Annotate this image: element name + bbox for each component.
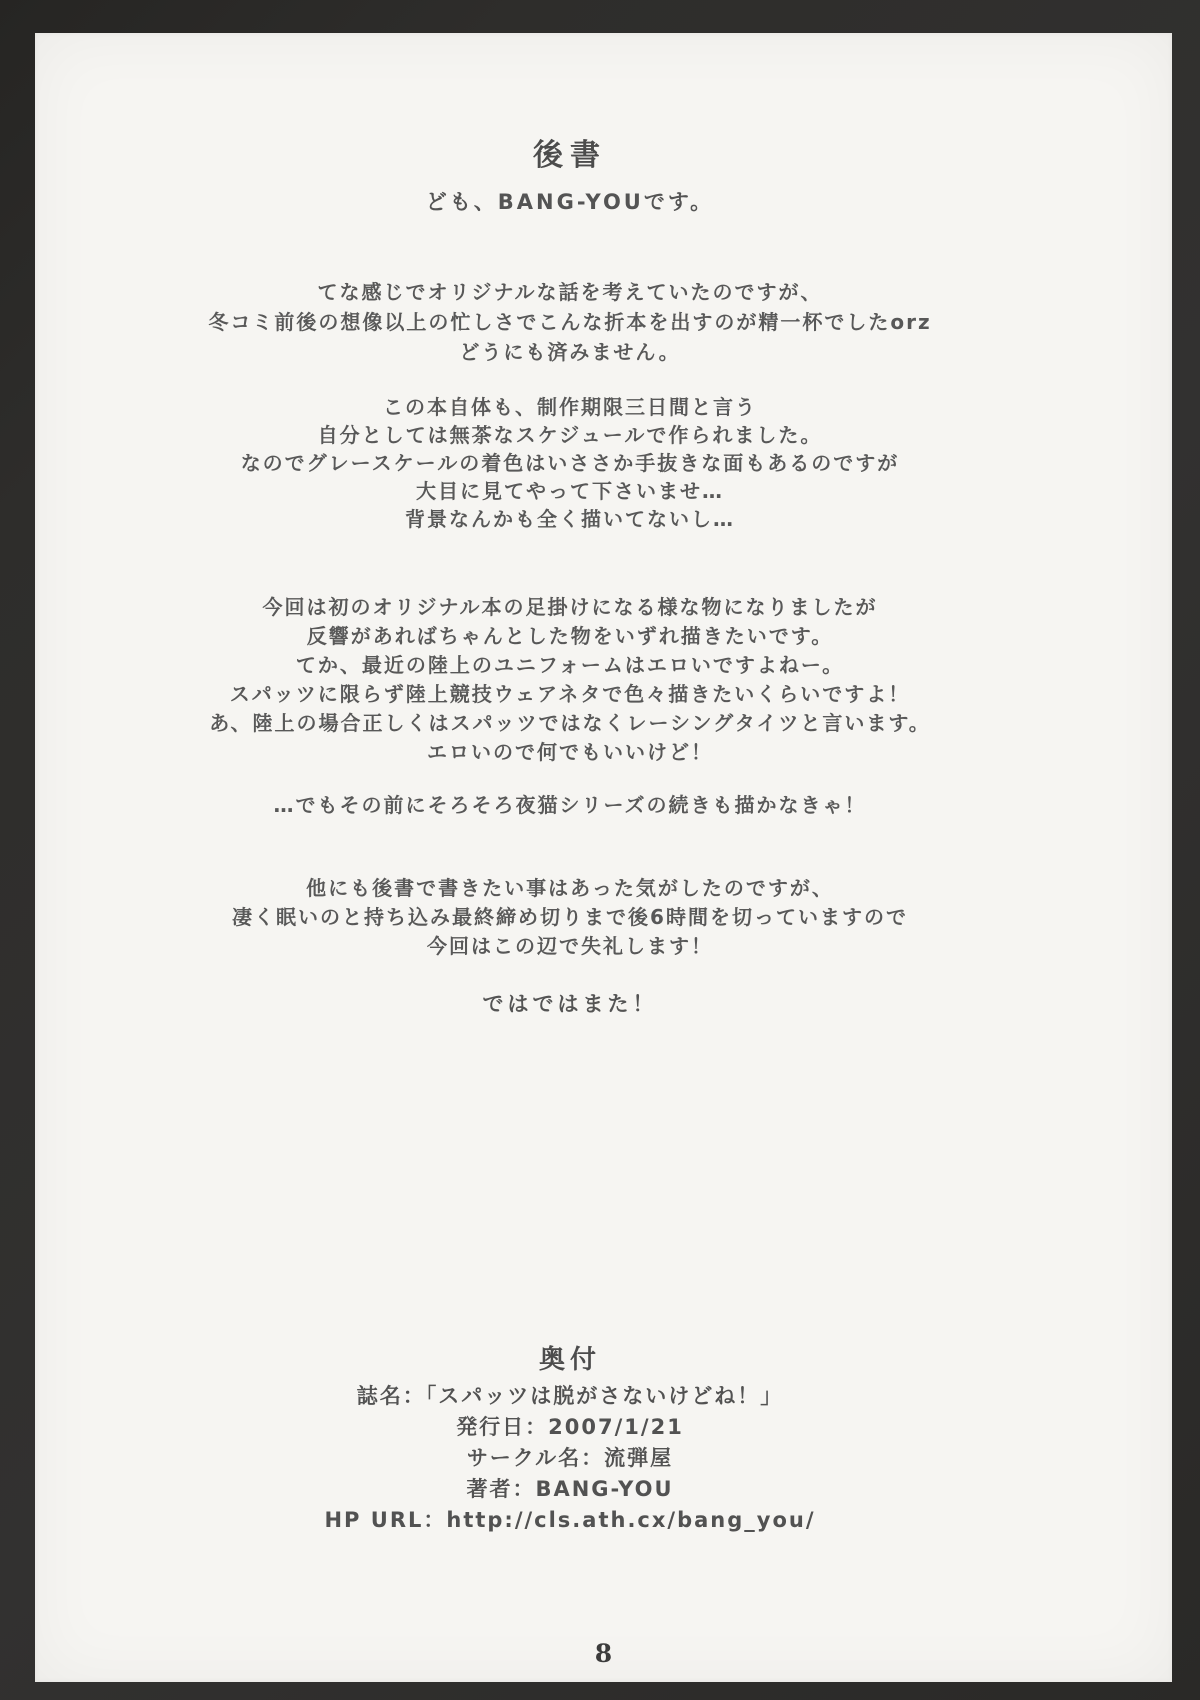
page-title: 後書 [35,130,1105,174]
text-line: 今回はこの辺で失礼します！ [35,932,1105,961]
page-content: 後書 ども、BANG-YOUです。 てな感じでオリジナルな話を考えていたのですが… [35,33,1105,1682]
colophon-title: 奥付 [35,1339,1105,1376]
closing-line: ではではまた！ [35,988,1105,1018]
colophon-line-date: 発行日：2007/1/21 [35,1412,1105,1443]
text-line: エロいので何でもいいけど！ [35,738,1105,767]
text-line: 背景なんかも全く描いてないし… [35,505,1105,533]
text-line: 今回は初のオリジナル本の足掛けになる様な物になりましたが [35,593,1105,622]
colophon-line-circle: サークル名：流弾屋 [35,1443,1105,1474]
colophon-block: 誌名：「スパッツは脱がさないけどね！」 発行日：2007/1/21 サークル名：… [35,1381,1105,1536]
afterword-page: 後書 ども、BANG-YOUです。 てな感じでオリジナルな話を考えていたのですが… [35,33,1172,1682]
text-line: なのでグレースケールの着色はいささか手抜きな面もあるのですが [35,449,1105,477]
colophon-line-title: 誌名：「スパッツは脱がさないけどね！」 [35,1381,1105,1412]
text-line: どうにも済みません。 [35,337,1105,367]
paragraph-4: …でもその前にそろそろ夜猫シリーズの続きも描かなきゃ！ [35,791,1105,820]
text-line: 凄く眠いのと持ち込み最終締め切りまで後6時間を切っていますので [35,903,1105,932]
paragraph-5: 他にも後書で書きたい事はあった気がしたのですが、 凄く眠いのと持ち込み最終締め切… [35,874,1105,961]
text-line: あ、陸上の場合正しくはスパッツではなくレーシングタイツと言います。 [35,709,1105,738]
text-line: てか、最近の陸上のユニフォームはエロいですよねー。 [35,651,1105,680]
greeting-line: ども、BANG-YOUです。 [35,186,1105,216]
paragraph-2: この本自体も、制作期限三日間と言う 自分としては無茶なスケジュールで作られました… [35,393,1105,533]
paragraph-3: 今回は初のオリジナル本の足掛けになる様な物になりましたが 反響があればちゃんとし… [35,593,1105,767]
scan-frame: 後書 ども、BANG-YOUです。 てな感じでオリジナルな話を考えていたのですが… [0,0,1200,1700]
text-line: スパッツに限らず陸上競技ウェアネタで色々描きたいくらいですよ！ [35,680,1105,709]
text-line: てな感じでオリジナルな話を考えていたのですが、 [35,277,1105,307]
text-line: 反響があればちゃんとした物をいずれ描きたいです。 [35,622,1105,651]
paragraph-1: てな感じでオリジナルな話を考えていたのですが、 冬コミ前後の想像以上の忙しさでこ… [35,277,1105,367]
text-line: 他にも後書で書きたい事はあった気がしたのですが、 [35,874,1105,903]
page-number: 8 [35,1639,1172,1668]
colophon-line-url: HP URL：http://cls.ath.cx/bang_you/ [35,1505,1105,1536]
text-line: 冬コミ前後の想像以上の忙しさでこんな折本を出すのが精一杯でしたorz [35,307,1105,337]
text-line: 大目に見てやって下さいませ… [35,477,1105,505]
colophon-line-author: 著者：BANG-YOU [35,1474,1105,1505]
text-line: この本自体も、制作期限三日間と言う [35,393,1105,421]
text-line: 自分としては無茶なスケジュールで作られました。 [35,421,1105,449]
text-line: …でもその前にそろそろ夜猫シリーズの続きも描かなきゃ！ [35,791,1105,820]
